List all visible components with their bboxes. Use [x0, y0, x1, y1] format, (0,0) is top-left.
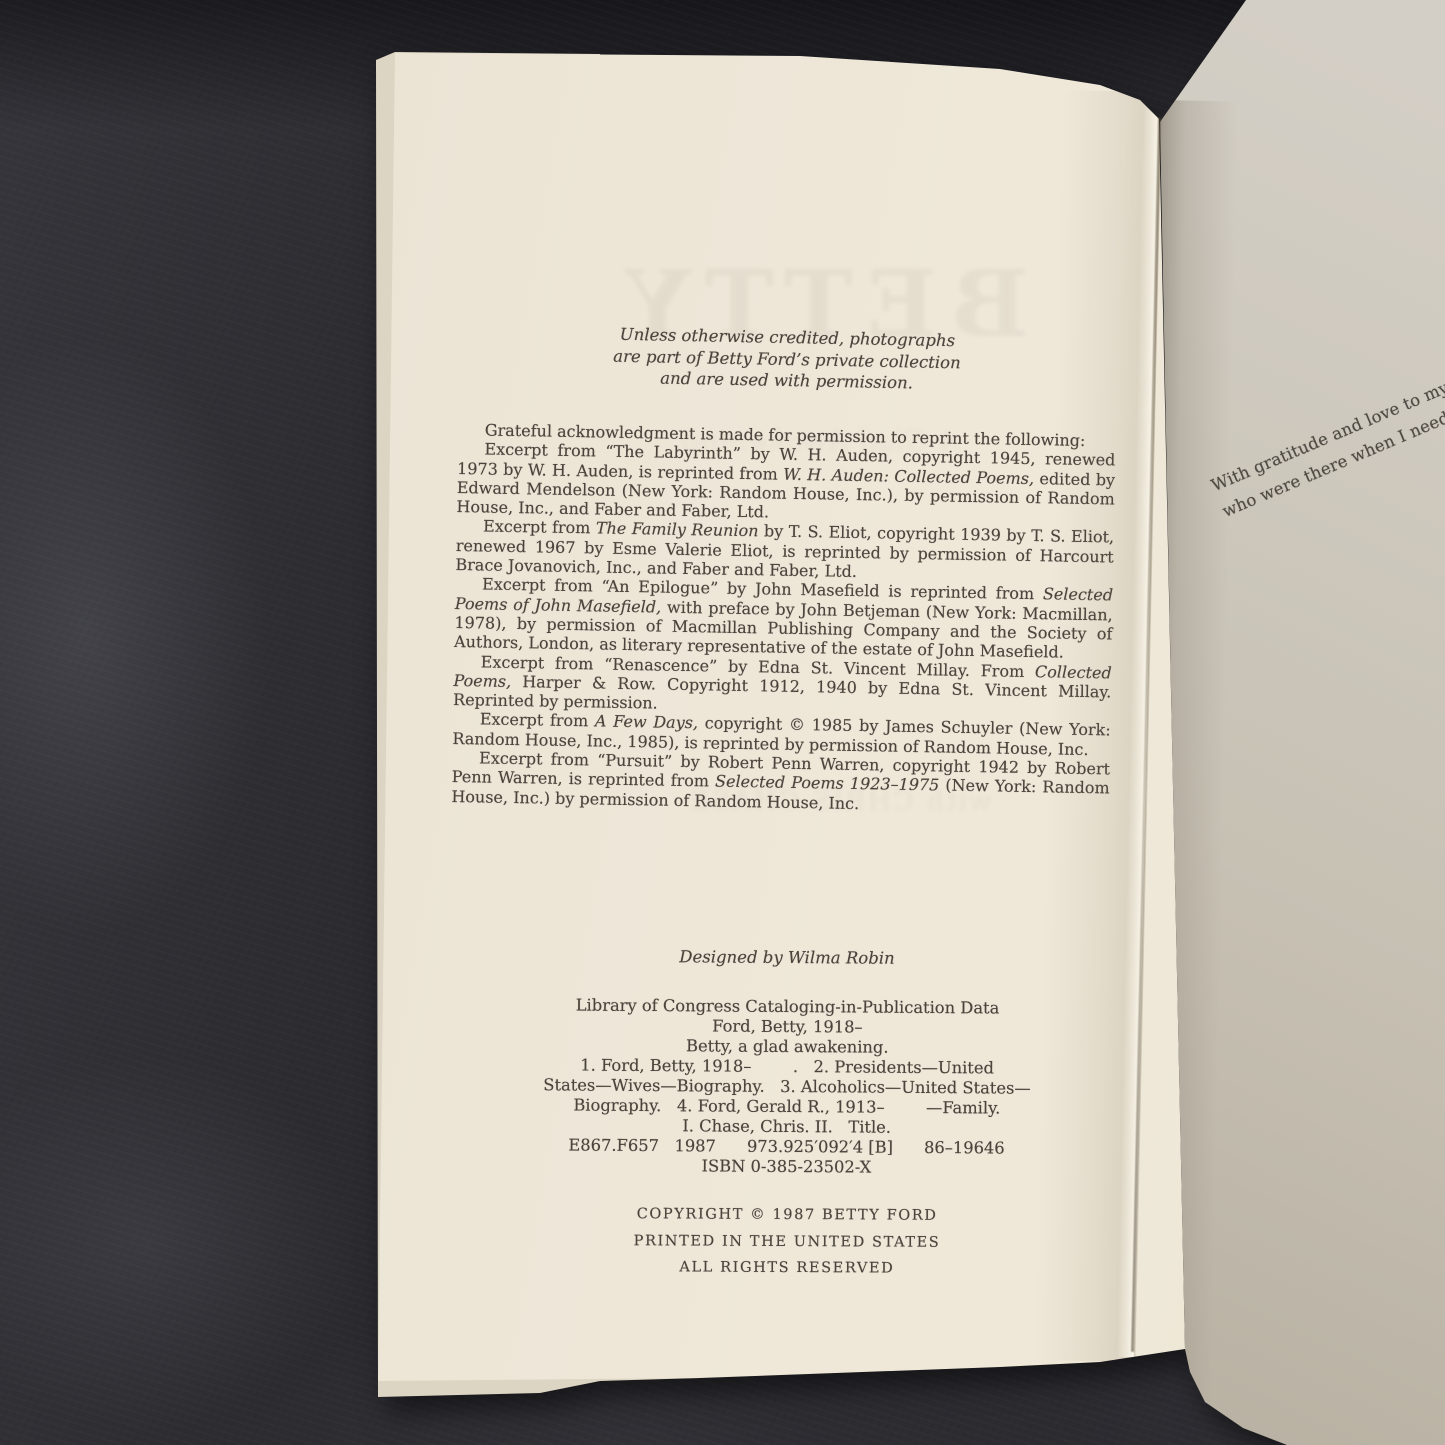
permissions-section: Grateful acknowledgment is made for perm…	[451, 420, 1116, 817]
permission-paragraph: Excerpt from “Pursuit” by Robert Penn Wa…	[451, 748, 1110, 817]
photo-credit-note: Unless otherwise credited, photographs a…	[457, 321, 1116, 398]
cataloging-data: Library of Congress Cataloging-in-Public…	[447, 995, 1126, 1180]
open-book: BETTY A Glad Awakening with CHRIS CHASE …	[0, 0, 1445, 1445]
book-photo: BETTY A Glad Awakening with CHRIS CHASE …	[0, 0, 1445, 1445]
permission-paragraph: Excerpt from “The Labyrinth” by W. H. Au…	[456, 439, 1115, 528]
copyright-notice: COPYRIGHT © 1987 BETTY FORD PRINTED IN T…	[458, 1200, 1116, 1283]
designer-credit: Designed by Wilma Robin	[458, 946, 1116, 970]
permission-paragraph: Excerpt from “An Epilogue” by John Masef…	[454, 574, 1113, 663]
